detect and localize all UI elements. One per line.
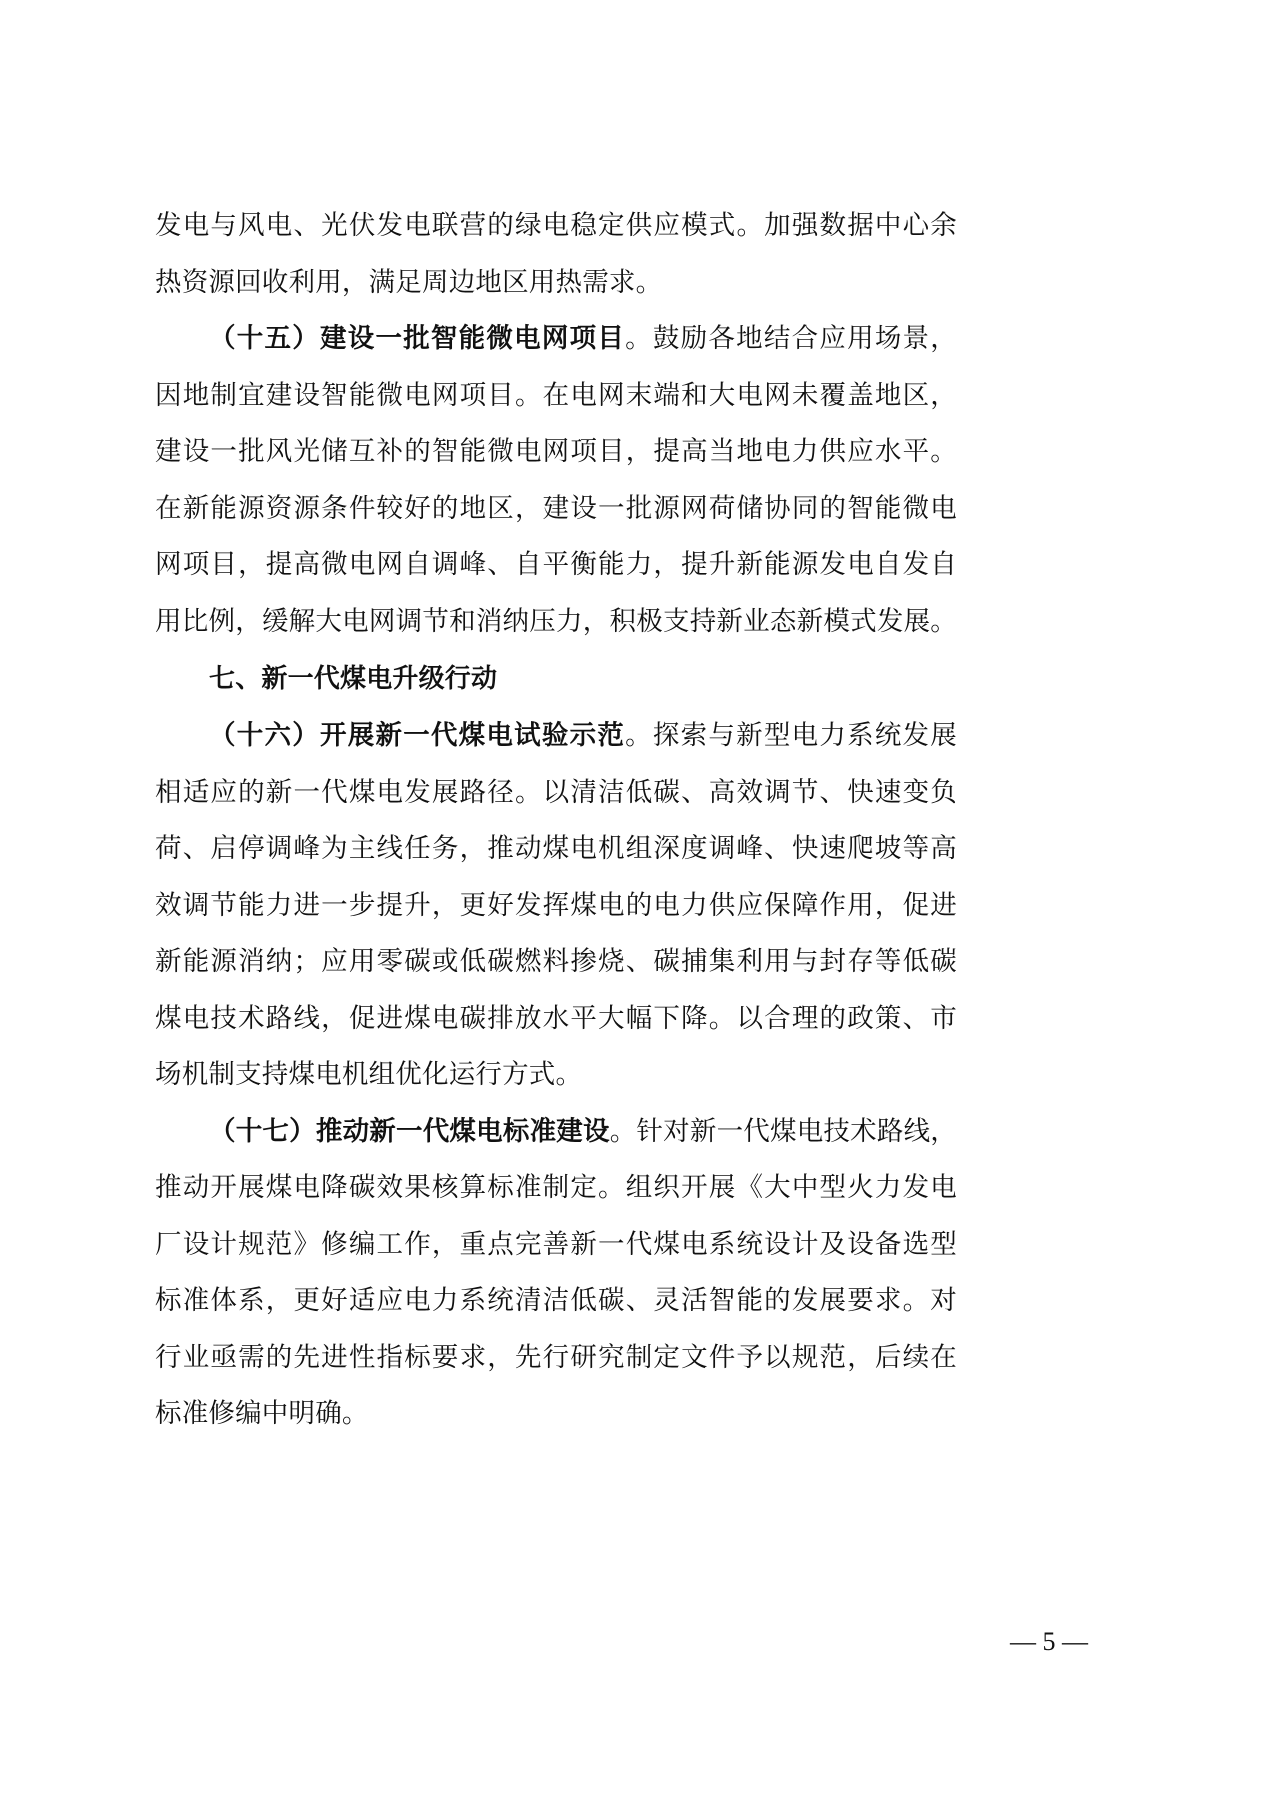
page-number: — 5 —	[1010, 1627, 1160, 1657]
text-line: 场机制支持煤电机组优化运行方式。	[155, 1047, 957, 1104]
text-line-first: （十五）建设一批智能微电网项目。鼓励各地结合应用场景，	[155, 311, 957, 368]
text-line: 发电与风电、光伏发电联营的绿电稳定供应模式。加强数据中心余	[155, 198, 957, 255]
text-line: 网项目，提高微电网自调峰、自平衡能力，提升新能源发电自发自	[155, 537, 957, 594]
text-line-first: （十七）推动新一代煤电标准建设。针对新一代煤电技术路线，	[155, 1104, 957, 1161]
section-heading: 七、新一代煤电升级行动	[155, 650, 957, 708]
text-span: 。探索与新型电力系统发展	[625, 720, 957, 751]
text-line: 因地制宜建设智能微电网项目。在电网末端和大电网未覆盖地区，	[155, 368, 957, 425]
document-page: 发电与风电、光伏发电联营的绿电稳定供应模式。加强数据中心余 热资源回收利用，满足…	[155, 198, 957, 1443]
text-line: 效调节能力进一步提升，更好发挥煤电的电力供应保障作用，促进	[155, 878, 957, 935]
text-line-first: （十六）开展新一代煤电试验示范。探索与新型电力系统发展	[155, 708, 957, 765]
text-line: 新能源消纳；应用零碳或低碳燃料掺烧、碳捕集利用与封存等低碳	[155, 934, 957, 991]
paragraph-item-17: （十七）推动新一代煤电标准建设。针对新一代煤电技术路线， 推动开展煤电降碳效果核…	[155, 1104, 957, 1443]
text-line: 热资源回收利用，满足周边地区用热需求。	[155, 255, 957, 312]
text-span: 。针对新一代煤电技术路线，	[610, 1116, 957, 1147]
text-line: 标准体系，更好适应电力系统清洁低碳、灵活智能的发展要求。对	[155, 1273, 957, 1330]
text-line: 标准修编中明确。	[155, 1386, 957, 1443]
text-line: 建设一批风光储互补的智能微电网项目，提高当地电力供应水平。	[155, 424, 957, 481]
item-title: （十六）开展新一代煤电试验示范	[209, 720, 625, 751]
item-title: （十五）建设一批智能微电网项目	[209, 323, 625, 354]
text-line: 相适应的新一代煤电发展路径。以清洁低碳、高效调节、快速变负	[155, 765, 957, 822]
paragraph-continued: 发电与风电、光伏发电联营的绿电稳定供应模式。加强数据中心余 热资源回收利用，满足…	[155, 198, 957, 311]
text-line: 煤电技术路线，促进煤电碳排放水平大幅下降。以合理的政策、市	[155, 991, 957, 1048]
text-line: 推动开展煤电降碳效果核算标准制定。组织开展《大中型火力发电	[155, 1160, 957, 1217]
text-line: 用比例，缓解大电网调节和消纳压力，积极支持新业态新模式发展。	[155, 594, 957, 651]
text-line: 行业亟需的先进性指标要求，先行研究制定文件予以规范，后续在	[155, 1330, 957, 1387]
item-title: （十七）推动新一代煤电标准建设	[209, 1116, 610, 1147]
text-line: 荷、启停调峰为主线任务，推动煤电机组深度调峰、快速爬坡等高	[155, 821, 957, 878]
text-line: 厂设计规范》修编工作，重点完善新一代煤电系统设计及设备选型	[155, 1217, 957, 1274]
paragraph-item-16: （十六）开展新一代煤电试验示范。探索与新型电力系统发展 相适应的新一代煤电发展路…	[155, 708, 957, 1104]
paragraph-item-15: （十五）建设一批智能微电网项目。鼓励各地结合应用场景， 因地制宜建设智能微电网项…	[155, 311, 957, 650]
text-span: 。鼓励各地结合应用场景，	[625, 323, 957, 354]
text-line: 在新能源资源条件较好的地区，建设一批源网荷储协同的智能微电	[155, 481, 957, 538]
